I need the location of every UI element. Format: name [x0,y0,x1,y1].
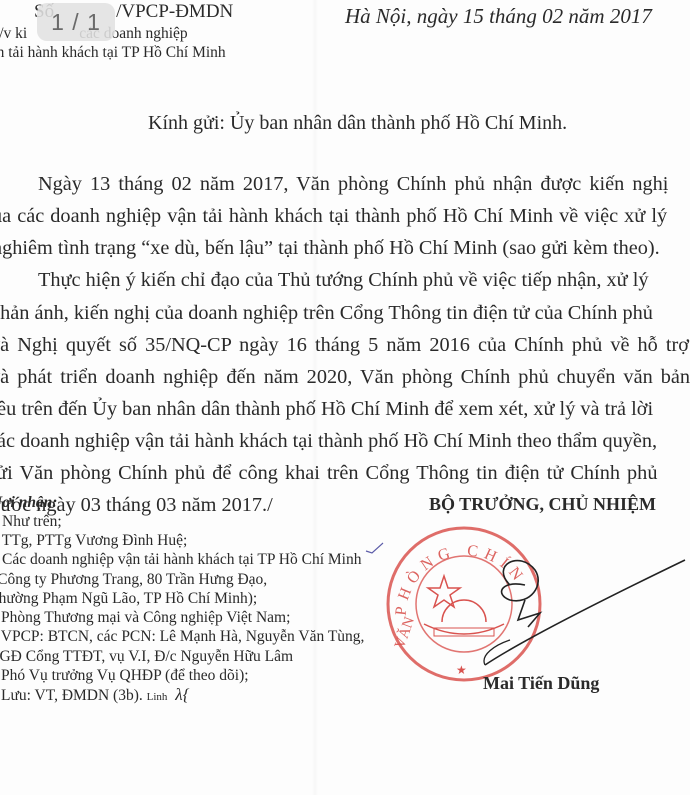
signer-position: BỘ TRƯỞNG, CHỦ NHIỆM [429,494,656,515]
recipients-title: Nơi nhận: [0,493,57,512]
recipient-item: - Các doanh nghiệp vận tải hành khách tạ… [0,550,362,569]
place-date: Hà Nội, ngày 15 tháng 02 năm 2017 [345,4,652,29]
page-indicator: 1 / 1 [37,3,115,41]
paragraph-line: Ngày 13 tháng 02 năm 2017, Văn phòng Chí… [38,168,668,201]
recipient-item: - Như trên; [0,512,62,531]
paragraph-line: và phát triển doanh nghiệp đến năm 2020,… [0,361,690,394]
paragraph-line: ủa các doanh nghiệp vận tải hành khách t… [0,200,667,233]
checkmark-annotation [364,541,384,555]
recipient-item: TGĐ Cổng TTĐT, vụ V.I, Đ/c Nguyễn Hữu Lâ… [0,647,293,666]
salutation: Kính gửi: Ủy ban nhân dân thành phố Hồ C… [148,112,567,135]
recipient-item: - Lưu: VT, ĐMDN (3b). Linh λ{ [0,685,189,707]
subject-line-2: vận tải hành khách tại TP Hồ Chí Minh [0,43,226,62]
signer-name: Mai Tiến Dũng [483,673,599,694]
paragraph-line: Thực hiện ý kiến chỉ đạo của Thủ tướng C… [38,264,649,297]
recipient-item: (Công ty Phương Trang, 80 Trần Hưng Đạo, [0,570,267,589]
paragraph-line: các doanh nghiệp vận tải hành khách tại … [0,425,657,458]
paragraph-line: nêu trên đến Ủy ban nhân dân thành phố H… [0,393,653,426]
paragraph-line: gửi Văn phòng Chính phủ để công khai trê… [0,457,657,490]
svg-text:★: ★ [456,663,467,677]
paragraph-line: và Nghị quyết số 35/NQ-CP ngày 16 tháng … [0,329,689,362]
recipient-item: - VPCP: BTCN, các PCN: Lê Mạnh Hà, Nguyễ… [0,627,364,646]
handwritten-signature [480,555,690,670]
recipient-item: - Phó Vụ trưởng Vụ QHĐP (để theo dõi); [0,666,249,685]
recipient-item: - Phòng Thương mại và Công nghiệp Việt N… [0,608,290,627]
recipient-item: - TTg, PTTg Vương Đình Huệ; [0,531,187,550]
recipient-item: Phường Phạm Ngũ Lão, TP Hồ Chí Minh); [0,589,257,608]
initials-mark: λ{ [175,685,189,704]
paragraph-line: nghiêm tình trạng “xe dù, bến lậu” tại t… [0,232,660,265]
paragraph-line: phản ánh, kiến nghị của doanh nghiệp trê… [0,297,653,330]
